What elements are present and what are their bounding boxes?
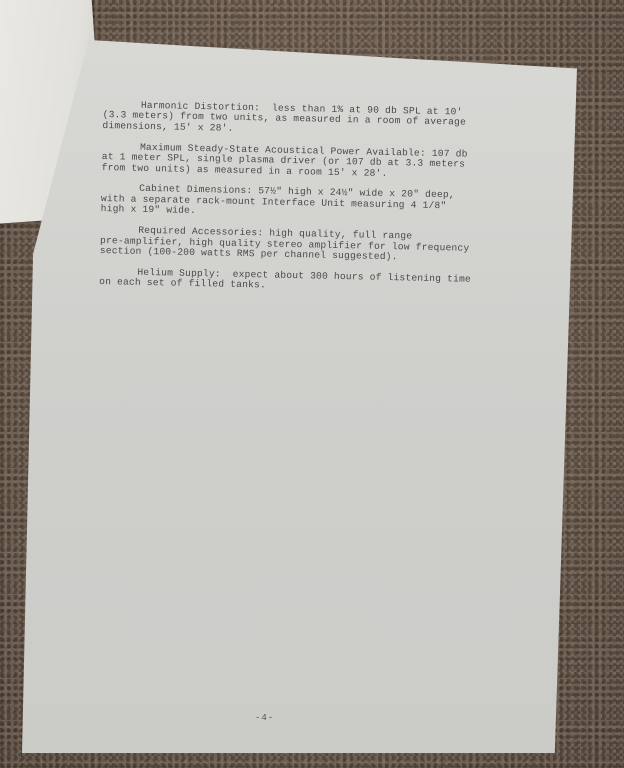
line: on each set of filled tanks. — [99, 276, 266, 290]
line: dimensions, 15' x 28'. — [102, 120, 233, 134]
paragraph-acoustical-power: Maximum Steady-State Acoustical Power Av… — [101, 142, 522, 182]
paragraph-helium-supply: Helium Supply: expect about 300 hours of… — [99, 267, 519, 297]
spec-text-block: Harmonic Distortion: less than 1% at 90 … — [99, 100, 523, 307]
page-number: -4- — [255, 713, 274, 723]
paragraph-required-accessories: Required Accessories: high quality, full… — [100, 225, 521, 265]
paragraph-cabinet-dimensions: Cabinet Dimensions: 57½" high x 24½" wid… — [101, 183, 522, 223]
line: high x 19" wide. — [101, 203, 197, 216]
paragraph-harmonic-distortion: Harmonic Distortion: less than 1% at 90 … — [102, 100, 523, 140]
